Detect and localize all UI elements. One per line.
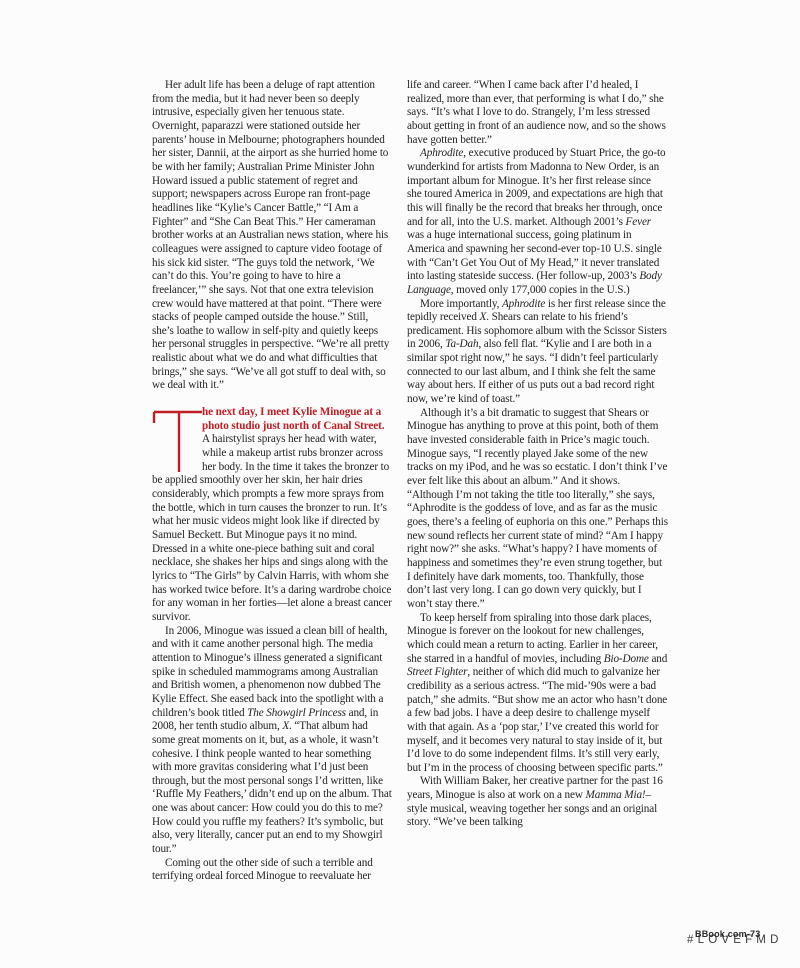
paragraph-life-and-career: life and career. “When I came back after… bbox=[407, 79, 668, 147]
paragraph-aphrodite: Aphrodite, executive produced by Stuart … bbox=[407, 147, 668, 297]
footer-site-text: BBook.com bbox=[695, 929, 747, 939]
footer-page-marker: BBook.com-73 bbox=[695, 929, 760, 939]
paragraph-william-baker: With William Baker, her creative partner… bbox=[407, 775, 668, 830]
article-column-right: life and career. “When I came back after… bbox=[407, 79, 668, 830]
magazine-page: Her adult life has been a deluge of rapt… bbox=[0, 0, 800, 968]
paragraph-acting: To keep herself from spiraling into thos… bbox=[407, 612, 668, 776]
dropcap-t-glyph bbox=[152, 406, 202, 474]
footer-page-number: -73 bbox=[747, 929, 761, 939]
article-column-left: Her adult life has been a deluge of rapt… bbox=[152, 79, 392, 884]
lede-paragraph: he next day, I meet Kylie Minogue at a p… bbox=[152, 406, 392, 625]
paragraph-coming-out: Coming out the other side of such a terr… bbox=[152, 857, 392, 884]
paragraph-more-importantly: More importantly, Aphrodite is her first… bbox=[407, 298, 668, 407]
lede-intro-red-text: he next day, I meet Kylie Minogue at a p… bbox=[202, 406, 384, 432]
paragraph-media-attention: Her adult life has been a deluge of rapt… bbox=[152, 79, 392, 393]
paragraph-magic-touch: Although it’s a bit dramatic to suggest … bbox=[407, 407, 668, 612]
dropcap-t bbox=[152, 406, 202, 474]
paragraph-clean-bill: In 2006, Minogue was issued a clean bill… bbox=[152, 625, 392, 857]
